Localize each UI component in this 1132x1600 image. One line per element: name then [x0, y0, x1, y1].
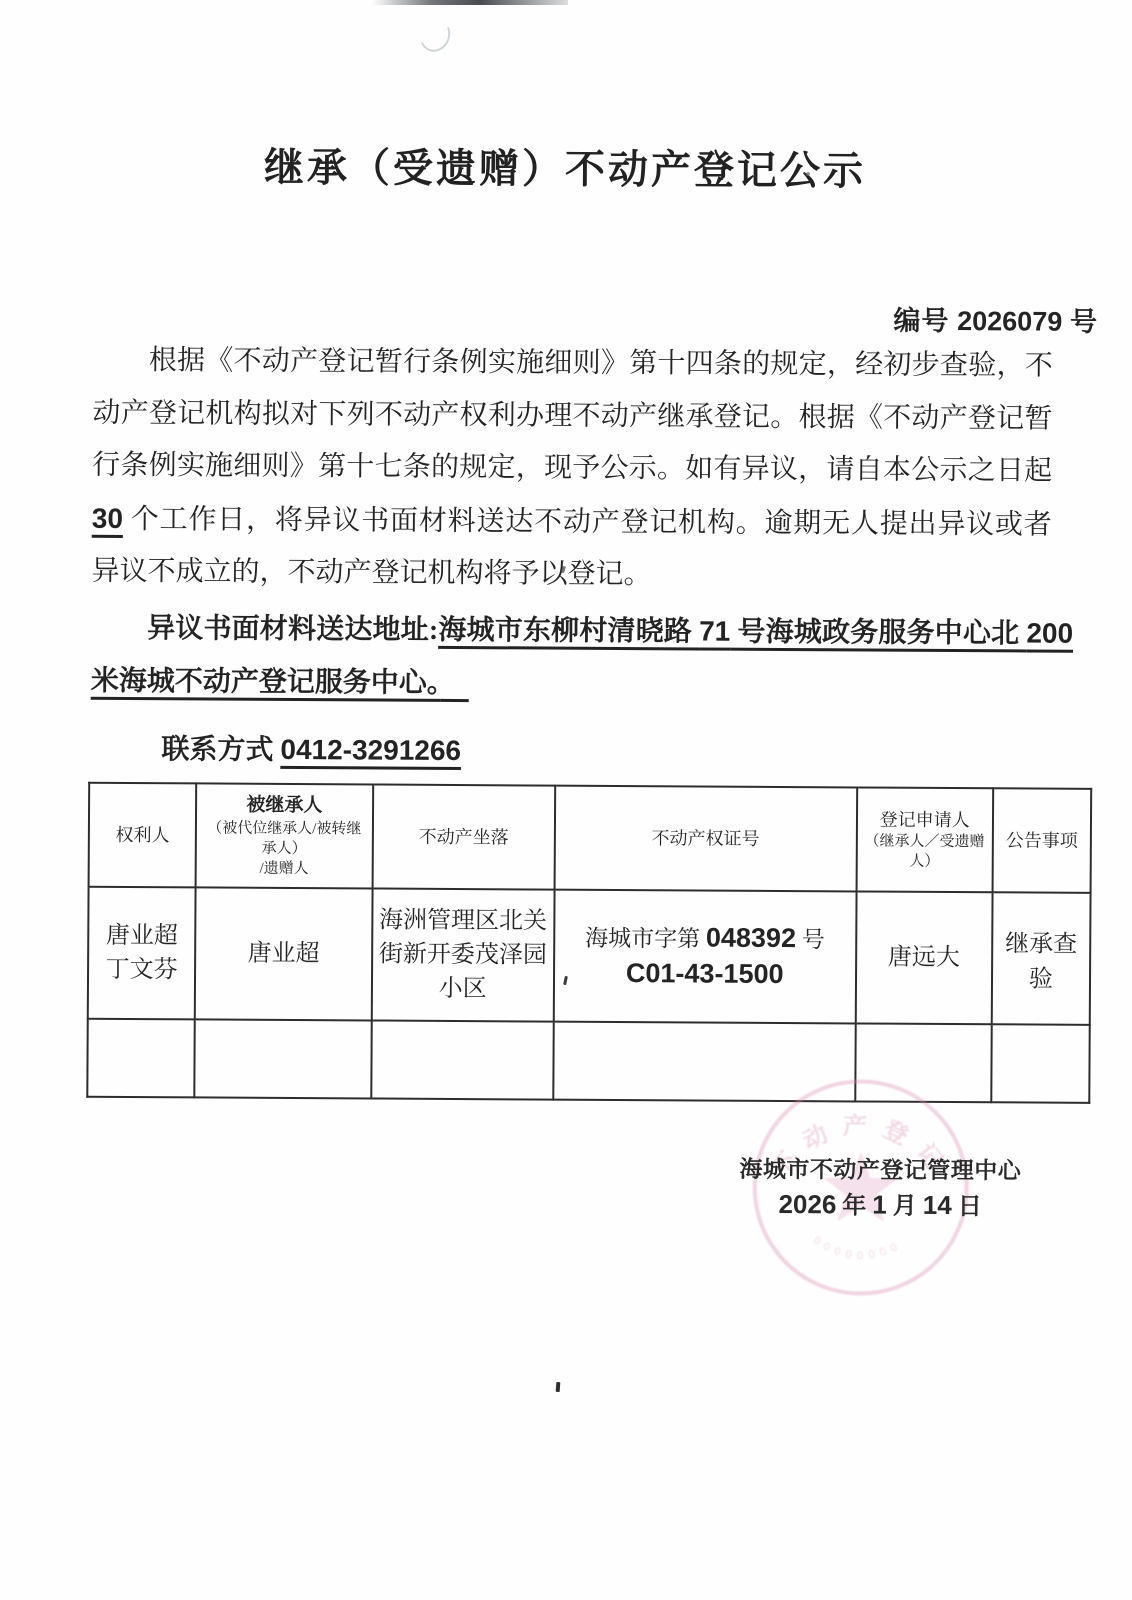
text-segment: 2026079 [957, 306, 1062, 337]
cell-cert-no: 海城市字第 048392 号 C01-43-1500 [554, 890, 856, 1024]
empty-cell [991, 1024, 1090, 1103]
header-location: 不动产坐落 [372, 784, 555, 889]
body-paragraph-main: 根据《不动产登记暂行条例实施细则》第十四条的规定，经初步查验，不动产登记机构拟对… [91, 335, 1053, 604]
text-segment: 71 [699, 615, 730, 646]
scanned-document-page: 继承（受遗赠）不动产登记公示 编号 2026079 号 根据《不动产登记暂行条例… [0, 0, 1132, 1600]
header-decedent-sub: （被代位继承人/被转继承人） [200, 818, 369, 859]
table-empty-row [87, 1019, 1089, 1103]
empty-cell [87, 1019, 195, 1098]
header-decedent-main: 被继承人 [200, 792, 368, 819]
contact-line: 联系方式 0412-3291266 [161, 728, 1021, 776]
document-number: 编号 2026079 号 [893, 299, 1098, 339]
text-segment: 月 [887, 1194, 923, 1220]
header-cert-no-label: 不动产权证号 [559, 826, 853, 852]
cell-notice-item: 继承查验 [992, 892, 1091, 1025]
table-data-row: 唐业超 丁文芬 唐业超 海洲管理区北关街新开委茂泽园小区 海城市字第 04839… [88, 887, 1091, 1025]
text-segment: 号 [796, 927, 825, 952]
header-applicant: 登记申请人 （继承人／受遗赠人） [856, 787, 993, 892]
text-segment: 联系方式 [161, 734, 280, 766]
text-segment: 2026 [778, 1189, 836, 1219]
text-segment: 1 [872, 1190, 887, 1220]
issue-date: 2026 年 1 月 14 日 [728, 1187, 1033, 1225]
header-location-label: 不动产坐落 [376, 825, 551, 850]
cert-number-line-2: C01-43-1500 [558, 956, 852, 994]
text-segment: 30 [92, 502, 123, 533]
text-segment: 14 [923, 1190, 952, 1220]
holder-name-1: 唐业超 [92, 919, 191, 954]
text-segment: 根据《不动产登记暂行条例实施细则》第十四条的规定，经初步查验，不动产登记机构拟对… [92, 345, 1053, 487]
text-segment [441, 668, 469, 699]
text-segment: 海城市东柳村清晓路 [438, 615, 699, 648]
text-segment: 个工作日，将异议书面材料送达不动产登记机构。逾期无人提出异议或者异议不成立的，不… [91, 503, 1051, 590]
empty-cell [194, 1019, 371, 1098]
cell-decedent: 唐业超 [195, 887, 372, 1020]
header-decedent-sub2: /遗赠人 [200, 858, 368, 879]
seal-digits: 00000000 [811, 1234, 905, 1262]
header-decedent: 被继承人 （被代位继承人/被转继承人） /遗赠人 [196, 783, 373, 888]
empty-cell [855, 1023, 992, 1102]
page-title: 继承（受遗赠）不动产登记公示 [0, 134, 1131, 198]
text-segment: 米海城不动产登记服务中心。 [91, 666, 441, 699]
text-segment: 日 [952, 1194, 982, 1220]
cell-holder: 唐业超 丁文芬 [88, 887, 196, 1020]
empty-cell [371, 1020, 554, 1099]
table-header-row: 权利人 被继承人 （被代位继承人/被转继承人） /遗赠人 不动产坐落 不动产权证… [89, 783, 1092, 893]
text-segment: 048392 [706, 923, 796, 954]
header-notice: 公告事项 [992, 788, 1091, 893]
text-segment: C01-43-1500 [626, 958, 784, 989]
text-segment: 编号 [893, 306, 957, 336]
header-applicant-main: 登记申请人 [860, 807, 988, 832]
text-segment: 年 [836, 1193, 872, 1219]
text-segment: 异议书面材料送达地址: [147, 613, 438, 646]
text-segment: 号 [1062, 307, 1098, 337]
text-segment: 0412-3291266 [280, 734, 461, 766]
text-segment: 200 [1026, 617, 1073, 648]
header-cert-no: 不动产权证号 [554, 786, 856, 892]
cell-applicant: 唐远大 [855, 891, 992, 1024]
header-holder-label: 权利人 [93, 823, 192, 848]
empty-cell [553, 1022, 855, 1102]
cell-location: 海洲管理区北关街新开委茂泽园小区 [371, 888, 554, 1021]
text-segment: 号海城政务服务中心北 [730, 617, 1026, 650]
signature-block: 海城市不动产登记管理中心 2026 年 1 月 14 日 [728, 1153, 1033, 1225]
text-segment: 海城市字第 [585, 926, 706, 952]
cert-number-line-1: 海城市字第 048392 号 [558, 920, 852, 958]
header-holder: 权利人 [89, 783, 197, 888]
issuing-organization: 海城市不动产登记管理中心 [728, 1153, 1033, 1189]
page-content: 继承（受遗赠）不动产登记公示 编号 2026079 号 根据《不动产登记暂行条例… [0, 0, 1132, 1600]
body-paragraph-address: 异议书面材料送达地址:海城市东柳村清晓路 71 号海城政务服务中心北 200 米… [91, 601, 1074, 714]
holder-name-2: 丁文芬 [92, 953, 191, 988]
header-applicant-sub: （继承人／受遗赠人） [860, 831, 989, 872]
registration-table: 权利人 被继承人 （被代位继承人/被转继承人） /遗赠人 不动产坐落 不动产权证… [86, 782, 1092, 1104]
header-notice-label: 公告事项 [997, 828, 1087, 853]
